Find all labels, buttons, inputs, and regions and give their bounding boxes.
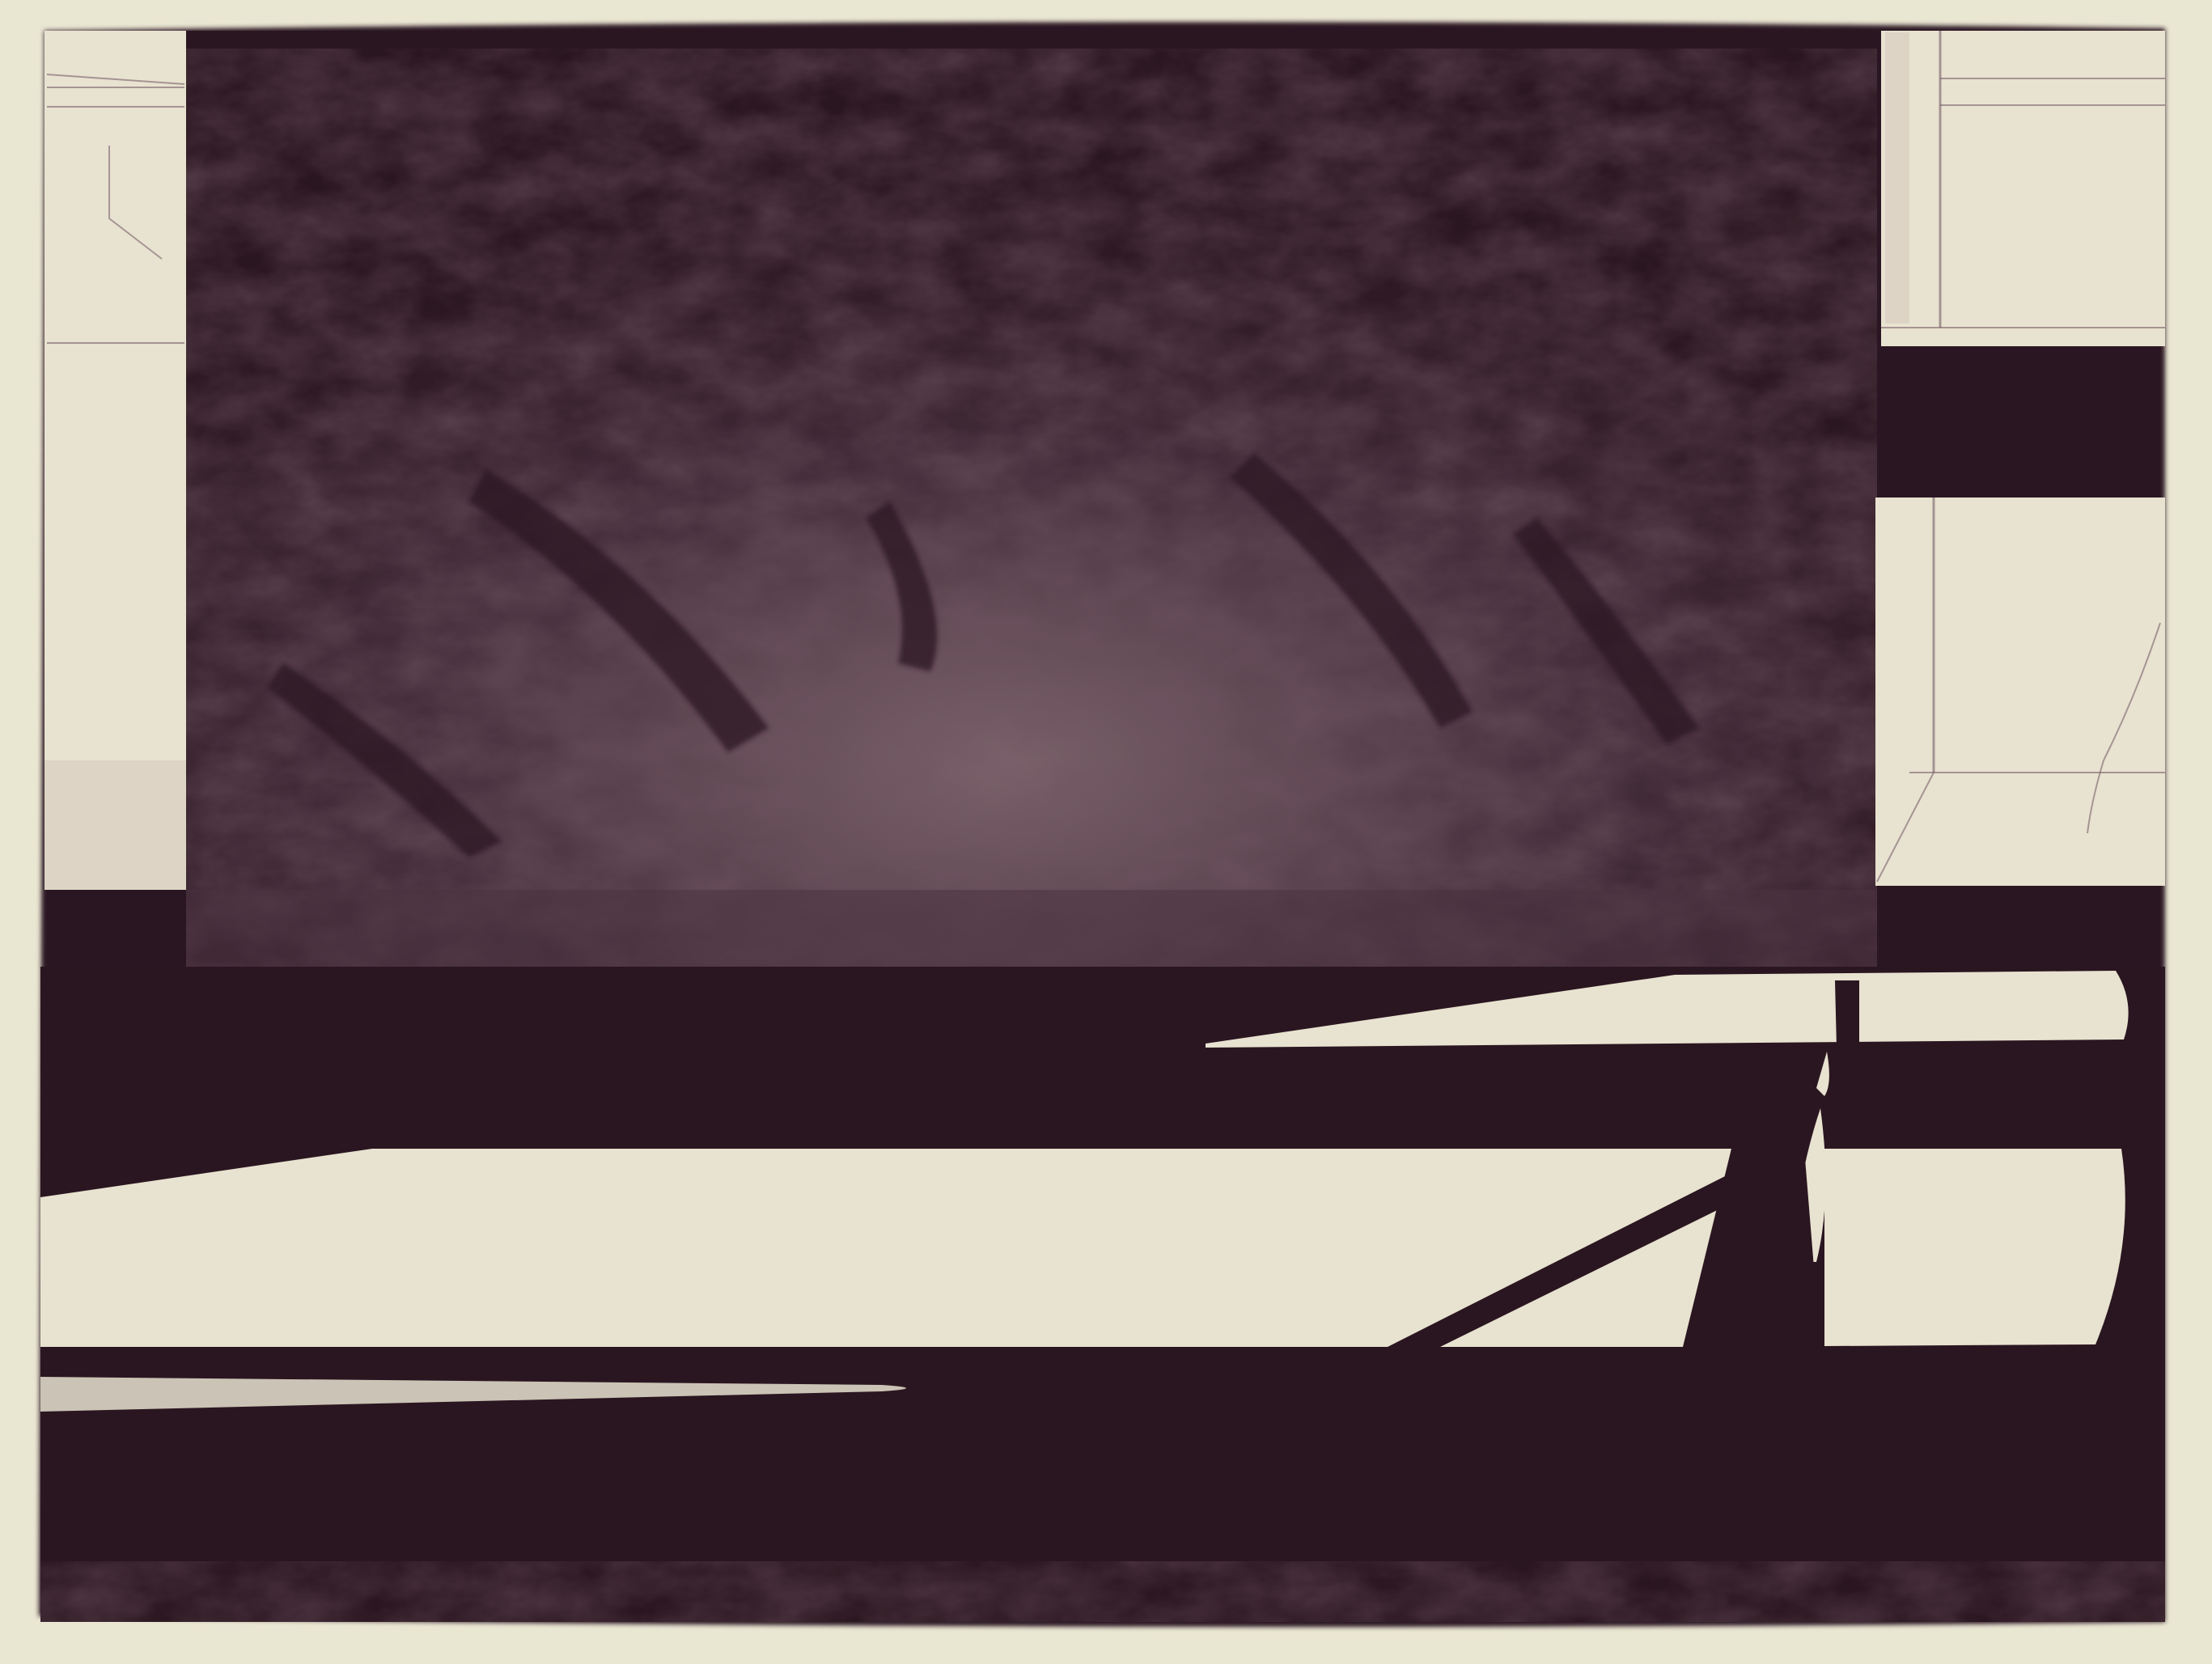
right-window-lower-light xyxy=(1875,498,2165,886)
etching-print xyxy=(0,0,2212,1664)
wall-floor-edge xyxy=(186,890,1877,967)
right-window-upper-light xyxy=(1881,31,2165,346)
floor-light-lower-right xyxy=(1824,1149,2125,1346)
left-window-light xyxy=(44,31,186,890)
floor-grain xyxy=(40,1561,2165,1622)
chair-shadow-post xyxy=(1835,980,1859,1048)
